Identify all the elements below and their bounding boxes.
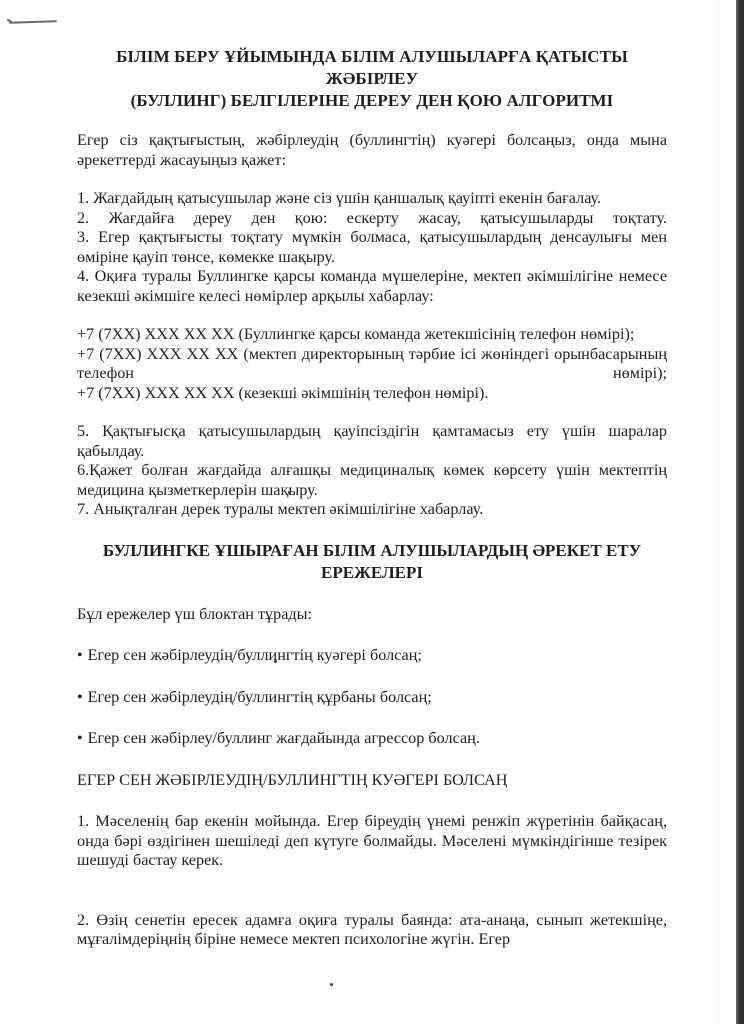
section-title-line: БУЛЛИНГКЕ ҰШЫРАҒАН БІЛІМ АЛУШЫЛАРДЫҢ ӘРЕ… (77, 540, 667, 562)
pen-mark (9, 20, 57, 24)
witness-item: 2. Өзің сенетін ересек адамға оқиға тура… (77, 911, 667, 950)
phone-item: +7 (7XX) XXX XX XX (кезекші әкімшінің те… (77, 384, 667, 404)
scan-edge-shadow (736, 0, 744, 1024)
section-intro: Бұл ережелер үш блоктан тұрады: (77, 605, 667, 625)
document-page: БІЛІМ БЕРУ ҰЙЫМЫНДА БІЛІМ АЛУШЫЛАРҒА ҚАТ… (77, 46, 667, 950)
block-item: Егер сен жәбірлеудің/буллингтің құрбаны … (77, 688, 667, 708)
document-title: БІЛІМ БЕРУ ҰЙЫМЫНДА БІЛІМ АЛУШЫЛАРҒА ҚАТ… (77, 46, 667, 112)
block-item: Егер сен жәбірлеу/буллинг жағдайында агр… (77, 729, 667, 749)
step-item: 2. Жағдайға дереу ден қою: ескерту жасау… (77, 209, 667, 229)
step-item: 5. Қақтығысқа қатысушылардың қауіпсіздіг… (77, 422, 667, 461)
scan-speck (274, 660, 277, 663)
phone-list: +7 (7XX) XXX XX XX (Буллингке қарсы кома… (77, 325, 667, 403)
scan-speck (330, 983, 333, 986)
title-line: БІЛІМ БЕРУ ҰЙЫМЫНДА БІЛІМ АЛУШЫЛАРҒА ҚАТ… (77, 46, 667, 68)
witness-heading: ЕГЕР СЕН ЖӘБІРЛЕУДІҢ/БУЛЛИНГТІҢ КУӘГЕРІ … (77, 771, 667, 791)
steps-list-part2: 5. Қақтығысқа қатысушылардың қауіпсіздіг… (77, 422, 667, 520)
scan-artifact-line (718, 0, 719, 1024)
title-line: ЖӘБІРЛЕУ (77, 68, 667, 90)
phone-item: +7 (7XX) XXX XX XX (мектеп директорының … (77, 345, 667, 384)
step-item: 1. Жағдайдың қатысушылар және сіз үшін қ… (77, 189, 667, 209)
title-line: (БУЛЛИНГ) БЕЛГІЛЕРІНЕ ДЕРЕУ ДЕН ҚОЮ АЛГО… (77, 90, 667, 112)
block-item: Егер сен жәбірлеудің/буллингтің куәгері … (77, 646, 667, 666)
intro-paragraph: Егер сіз қақтығыстың, жәбірлеудің (булли… (77, 131, 667, 170)
steps-list-part1: 1. Жағдайдың қатысушылар және сіз үшін қ… (77, 189, 667, 306)
scan-speck (288, 491, 291, 494)
witness-item: 1. Мәселенің бар екенін мойында. Егер бі… (77, 812, 667, 871)
section-title: БУЛЛИНГКЕ ҰШЫРАҒАН БІЛІМ АЛУШЫЛАРДЫҢ ӘРЕ… (77, 540, 667, 584)
phone-item: +7 (7XX) XXX XX XX (Буллингке қарсы кома… (77, 325, 667, 345)
step-item: 6.Қажет болған жағдайда алғашқы медицина… (77, 461, 667, 500)
step-item: 7. Анықталған дерек туралы мектеп әкімші… (77, 500, 667, 520)
section-title-line: ЕРЕЖЕЛЕРІ (77, 562, 667, 584)
step-item: 4. Оқиға туралы Буллингке қарсы команда … (77, 267, 667, 306)
step-item: 3. Егер қақтығысты тоқтату мүмкін болмас… (77, 228, 667, 267)
